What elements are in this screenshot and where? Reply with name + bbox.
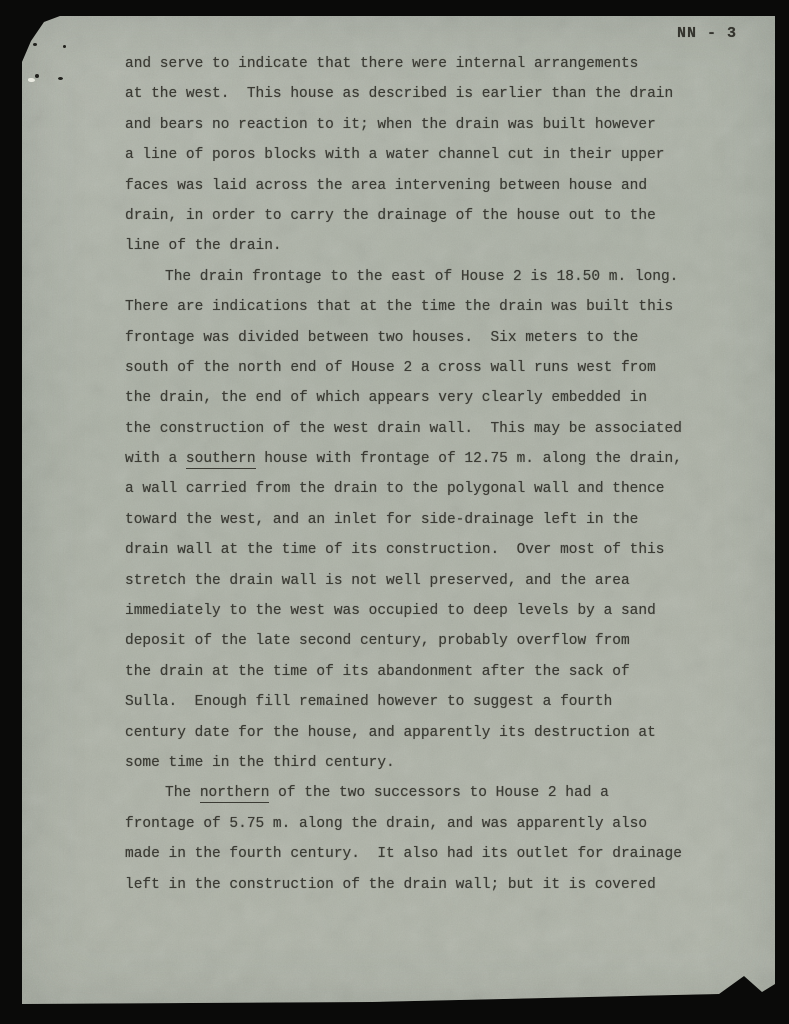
text-line: The drain frontage to the east of House … (125, 262, 725, 292)
text-line: a line of poros blocks with a water chan… (125, 140, 725, 170)
typed-text-body: and serve to indicate that there were in… (125, 49, 725, 900)
page-number-header: NN - 3 (677, 25, 737, 42)
text-line: south of the north end of House 2 a cros… (125, 353, 725, 383)
text-line: The northern of the two successors to Ho… (125, 778, 725, 808)
text-line: line of the drain. (125, 231, 725, 261)
text-line: frontage of 5.75 m. along the drain, and… (125, 809, 725, 839)
text-line: and serve to indicate that there were in… (125, 49, 725, 79)
text-line: and bears no reaction to it; when the dr… (125, 110, 725, 140)
underlined-word: southern (186, 451, 256, 469)
text-line: the drain, the end of which appears very… (125, 383, 725, 413)
text-line: left in the construction of the drain wa… (125, 870, 725, 900)
text-line: faces was laid across the area interveni… (125, 171, 725, 201)
text-line: Sulla. Enough fill remained however to s… (125, 687, 725, 717)
text-line: There are indications that at the time t… (125, 292, 725, 322)
text-line: immediately to the west was occupied to … (125, 596, 725, 626)
text-line: deposit of the late second century, prob… (125, 626, 725, 656)
text-line: made in the fourth century. It also had … (125, 839, 725, 869)
text-line: the drain at the time of its abandonment… (125, 657, 725, 687)
text-line: drain, in order to carry the drainage of… (125, 201, 725, 231)
text-line: drain wall at the time of its constructi… (125, 535, 725, 565)
text-line: toward the west, and an inlet for side-d… (125, 505, 725, 535)
text-line: with a southern house with frontage of 1… (125, 444, 725, 474)
text-line: a wall carried from the drain to the pol… (125, 474, 725, 504)
text-line: the construction of the west drain wall.… (125, 414, 725, 444)
document-page: NN - 3 and serve to indicate that there … (22, 16, 775, 1004)
paper-tear-chip (28, 78, 35, 82)
text-line: some time in the third century. (125, 748, 725, 778)
ink-speck (33, 43, 37, 46)
ink-speck (63, 45, 66, 48)
ink-speck (58, 77, 63, 80)
underlined-word: northern (200, 785, 270, 803)
text-line: frontage was divided between two houses.… (125, 323, 725, 353)
text-line: century date for the house, and apparent… (125, 718, 725, 748)
text-line: at the west. This house as described is … (125, 79, 725, 109)
ink-speck (35, 74, 39, 78)
text-line: stretch the drain wall is not well prese… (125, 566, 725, 596)
scanner-background: NN - 3 and serve to indicate that there … (0, 0, 789, 1024)
